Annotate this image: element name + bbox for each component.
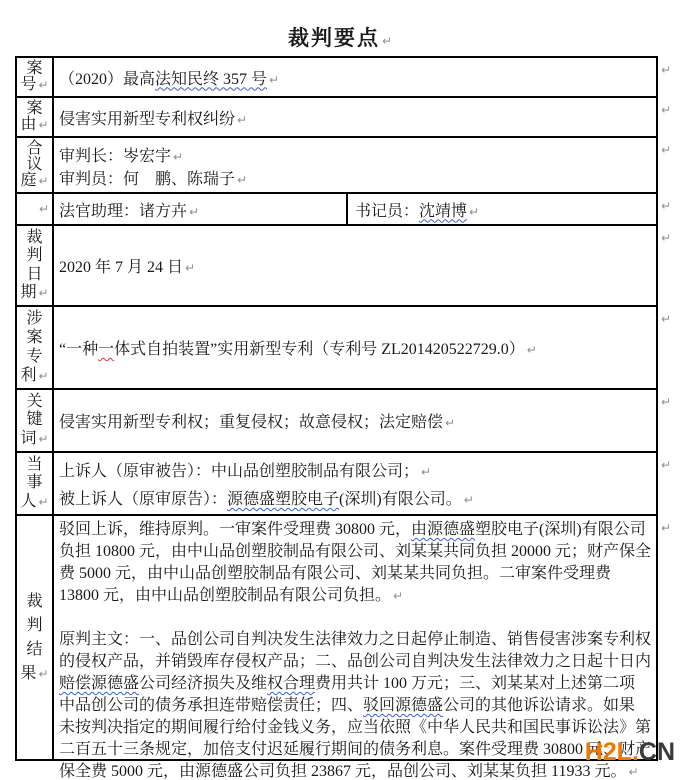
result-p2-s5: 公司负担 23867 元，品创公司、刘某某负担 11933 元。 — [243, 763, 626, 780]
keywords-cell: 侵害实用新型专利权；重复侵权；故意侵权；法定赔偿↵ — [54, 390, 656, 451]
keywords-value: 侵害实用新型专利权；重复侵权；故意侵权；法定赔偿↵ — [59, 409, 651, 432]
label-patent-involved: 涉案专利↵ — [17, 307, 54, 388]
paragraph-mark-icon: ↵ — [469, 205, 479, 219]
paragraph-mark-icon: ↵ — [237, 113, 247, 127]
paragraph-mark-icon: ↵ — [38, 79, 48, 91]
appellee-spellcheck-underline: 源德盛塑胶电子 — [227, 491, 339, 508]
presiding-judge-line: 审判长：岑宏宇↵ — [59, 143, 651, 166]
paragraph-mark-icon: ↵ — [421, 465, 431, 479]
case-number-spellcheck-underline: 法知民终 357 号 — [155, 71, 267, 88]
case-number-value: （2020）最高法知民终 357 号↵ — [59, 66, 651, 89]
paragraph-mark-icon: ↵ — [445, 416, 455, 430]
watermark-brand-dark: CN — [639, 738, 675, 766]
result-p2-s2: 公司经济损失及维 — [139, 675, 267, 692]
result-paragraph-1: 驳回上诉，维持原判。一审案件受理费 30800 元，由源德盛塑胶电子(深圳)有限… — [59, 519, 651, 607]
row-collegial-panel: 合议庭↵ 审判长：岑宏宇↵ 审判员：何 鹏、陈瑞子↵ ↵ — [17, 138, 656, 194]
paragraph-mark-icon: ↵ — [393, 589, 403, 603]
paragraph-mark-icon: ↵ — [38, 287, 48, 299]
judgment-date-cell: 2020 年 7 月 24 日↵ — [54, 226, 656, 305]
label-empty-cell: ↵ — [17, 194, 54, 224]
result-p2-spellcheck-underline-1: 赔偿源德盛 — [59, 675, 139, 692]
paragraph-mark-icon: ↵ — [237, 173, 247, 187]
parties-cell: 上诉人（原审被告）：中山品创塑胶制品有限公司；↵ 被上诉人（原审原告）：源德盛塑… — [54, 453, 656, 514]
paragraph-mark-icon: ↵ — [382, 34, 392, 48]
label-collegial-panel: 合议庭↵ — [17, 138, 54, 192]
judgment-date-value: 2020 年 7 月 24 日↵ — [59, 254, 651, 277]
row-patent-involved: 涉案专利↵ “一种一体式自拍装置”实用新型专利（专利号 ZL2014205227… — [17, 307, 656, 390]
row-end-mark-icon: ↵ — [661, 312, 671, 326]
clerk-name-spellcheck-underline: 沈靖博 — [419, 203, 467, 220]
label-judgment-date: 裁判日期↵ — [17, 226, 54, 305]
document-title-row: 裁判要点↵ — [0, 22, 680, 52]
judgment-result-cell: 驳回上诉，维持原判。一审案件受理费 30800 元，由源德盛塑胶电子(深圳)有限… — [54, 516, 656, 759]
paragraph-mark-icon: ↵ — [628, 765, 638, 779]
row-end-mark-icon: ↵ — [661, 63, 671, 77]
label-parties: 当事人↵ — [17, 453, 54, 514]
judge-assistant-line: 法官助理：诸方卉↵ — [59, 198, 199, 221]
row-parties: 当事人↵ 上诉人（原审被告）：中山品创塑胶制品有限公司；↵ 被上诉人（原审原告）… — [17, 453, 656, 516]
appellant-line: 上诉人（原审被告）：中山品创塑胶制品有限公司；↵ — [59, 458, 651, 481]
label-judgment-result: 裁判结果↵ — [17, 516, 54, 759]
appellant-text: 上诉人（原审被告）：中山品创塑胶制品有限公司； — [59, 463, 419, 480]
judge-assistant-cell: 法官助理：诸方卉↵ — [54, 194, 348, 224]
result-p2-spellcheck-underline-2: 权合理 — [267, 675, 315, 692]
row-case-number: 案号↵ （2020）最高法知民终 357 号↵ ↵ — [17, 58, 656, 98]
appellee-post: (深圳)有限公司。 — [339, 491, 462, 508]
paragraph-mark-icon: ↵ — [39, 203, 49, 215]
judges-line: 审判员：何 鹏、陈瑞子↵ — [59, 166, 651, 189]
paragraph-mark-icon: ↵ — [189, 205, 199, 219]
row-end-mark-icon: ↵ — [661, 231, 671, 245]
patent-spellcheck-underline: 一 — [98, 341, 114, 358]
paragraph-mark-icon: ↵ — [269, 73, 279, 87]
patent-pre: “一种 — [59, 341, 98, 358]
label-cause-of-action: 案由↵ — [17, 98, 54, 136]
row-end-mark-icon: ↵ — [661, 521, 671, 535]
result-p2-spellcheck-underline-3: 驳回源德盛 — [363, 697, 443, 714]
row-end-mark-icon: ↵ — [661, 395, 671, 409]
keywords-text: 侵害实用新型专利权；重复侵权；故意侵权；法定赔偿 — [59, 414, 443, 431]
judgment-summary-table: 案号↵ （2020）最高法知民终 357 号↵ ↵ 案由↵ 侵害实用新型专利权纠… — [15, 56, 658, 761]
result-paragraph-2: 原判主文：一、品创公司自判决发生法律效力之日起停止制造、销售侵害涉案专利权的侵权… — [59, 629, 651, 780]
appellee-pre: 被上诉人（原审原告）： — [59, 491, 227, 508]
row-end-mark-icon: ↵ — [661, 143, 671, 157]
row-assistant-and-clerk: ↵ 法官助理：诸方卉↵ 书记员：沈靖博↵ ↵ — [17, 194, 656, 226]
row-judgment-result: 裁判结果↵ 驳回上诉，维持原判。一审案件受理费 30800 元，由源德盛塑胶电子… — [17, 516, 656, 759]
row-keywords: 关键词↵ 侵害实用新型专利权；重复侵权；故意侵权；法定赔偿↵ ↵ — [17, 390, 656, 453]
watermark-brand-orange: H2L. — [585, 738, 639, 766]
patent-post: 体式自拍装置”实用新型专利（专利号 ZL201420522729.0） — [114, 341, 525, 358]
judges-text: 审判员：何 鹏、陈瑞子 — [59, 171, 235, 188]
judge-assistant-text: 法官助理：诸方卉 — [59, 203, 187, 220]
presiding-judge-text: 审判长：岑宏宇 — [59, 148, 171, 165]
result-p1-spellcheck-underline: 由源德盛 — [411, 521, 475, 538]
case-number-pre: （2020）最高 — [59, 71, 155, 88]
collegial-panel-cell: 审判长：岑宏宇↵ 审判员：何 鹏、陈瑞子↵ — [54, 138, 656, 192]
paragraph-mark-icon: ↵ — [38, 668, 48, 680]
paragraph-mark-icon: ↵ — [527, 343, 537, 357]
watermark: H2L.CN — [585, 740, 675, 765]
row-end-mark-icon: ↵ — [661, 458, 671, 472]
patent-value: “一种一体式自拍装置”实用新型专利（专利号 ZL201420522729.0）↵ — [59, 336, 651, 359]
label-keywords: 关键词↵ — [17, 390, 54, 451]
row-end-mark-icon: ↵ — [661, 199, 671, 213]
clerk-cell: 书记员：沈靖博↵ — [348, 194, 656, 224]
row-judgment-date: 裁判日期↵ 2020 年 7 月 24 日↵ ↵ — [17, 226, 656, 307]
paragraph-mark-icon: ↵ — [38, 496, 48, 508]
appellee-line: 被上诉人（原审原告）：源德盛塑胶电子(深圳)有限公司。↵ — [59, 486, 651, 509]
clerk-line: 书记员：沈靖博↵ — [355, 198, 479, 221]
case-number-cell: （2020）最高法知民终 357 号↵ — [54, 58, 656, 96]
result-p2-spellcheck-underline-4: 由源德盛 — [179, 763, 243, 780]
paragraph-mark-icon: ↵ — [38, 433, 48, 445]
cause-of-action-cell: 侵害实用新型专利权纠纷↵ — [54, 98, 656, 136]
row-cause-of-action: 案由↵ 侵害实用新型专利权纠纷↵ ↵ — [17, 98, 656, 138]
result-p1-pre: 驳回上诉，维持原判。一审案件受理费 30800 元， — [59, 521, 411, 538]
paragraph-mark-icon: ↵ — [38, 175, 48, 187]
row-end-mark-icon: ↵ — [661, 103, 671, 117]
judgment-date-text: 2020 年 7 月 24 日 — [59, 259, 183, 276]
paragraph-mark-icon: ↵ — [38, 370, 48, 382]
patent-cell: “一种一体式自拍装置”实用新型专利（专利号 ZL201420522729.0）↵ — [54, 307, 656, 388]
clerk-label-text: 书记员： — [355, 203, 419, 220]
paragraph-mark-icon: ↵ — [38, 119, 48, 131]
paragraph-mark-icon: ↵ — [185, 261, 195, 275]
document-title: 裁判要点 — [288, 26, 380, 50]
paragraph-mark-icon: ↵ — [464, 493, 474, 507]
label-case-number: 案号↵ — [17, 58, 54, 96]
result-p2-s1: 原判主文：一、品创公司自判决发生法律效力之日起停止制造、销售侵害涉案专利权的侵权… — [59, 631, 651, 670]
paragraph-mark-icon: ↵ — [173, 150, 183, 164]
cause-of-action-value: 侵害实用新型专利权纠纷↵ — [59, 106, 651, 129]
cause-text: 侵害实用新型专利权纠纷 — [59, 111, 235, 128]
